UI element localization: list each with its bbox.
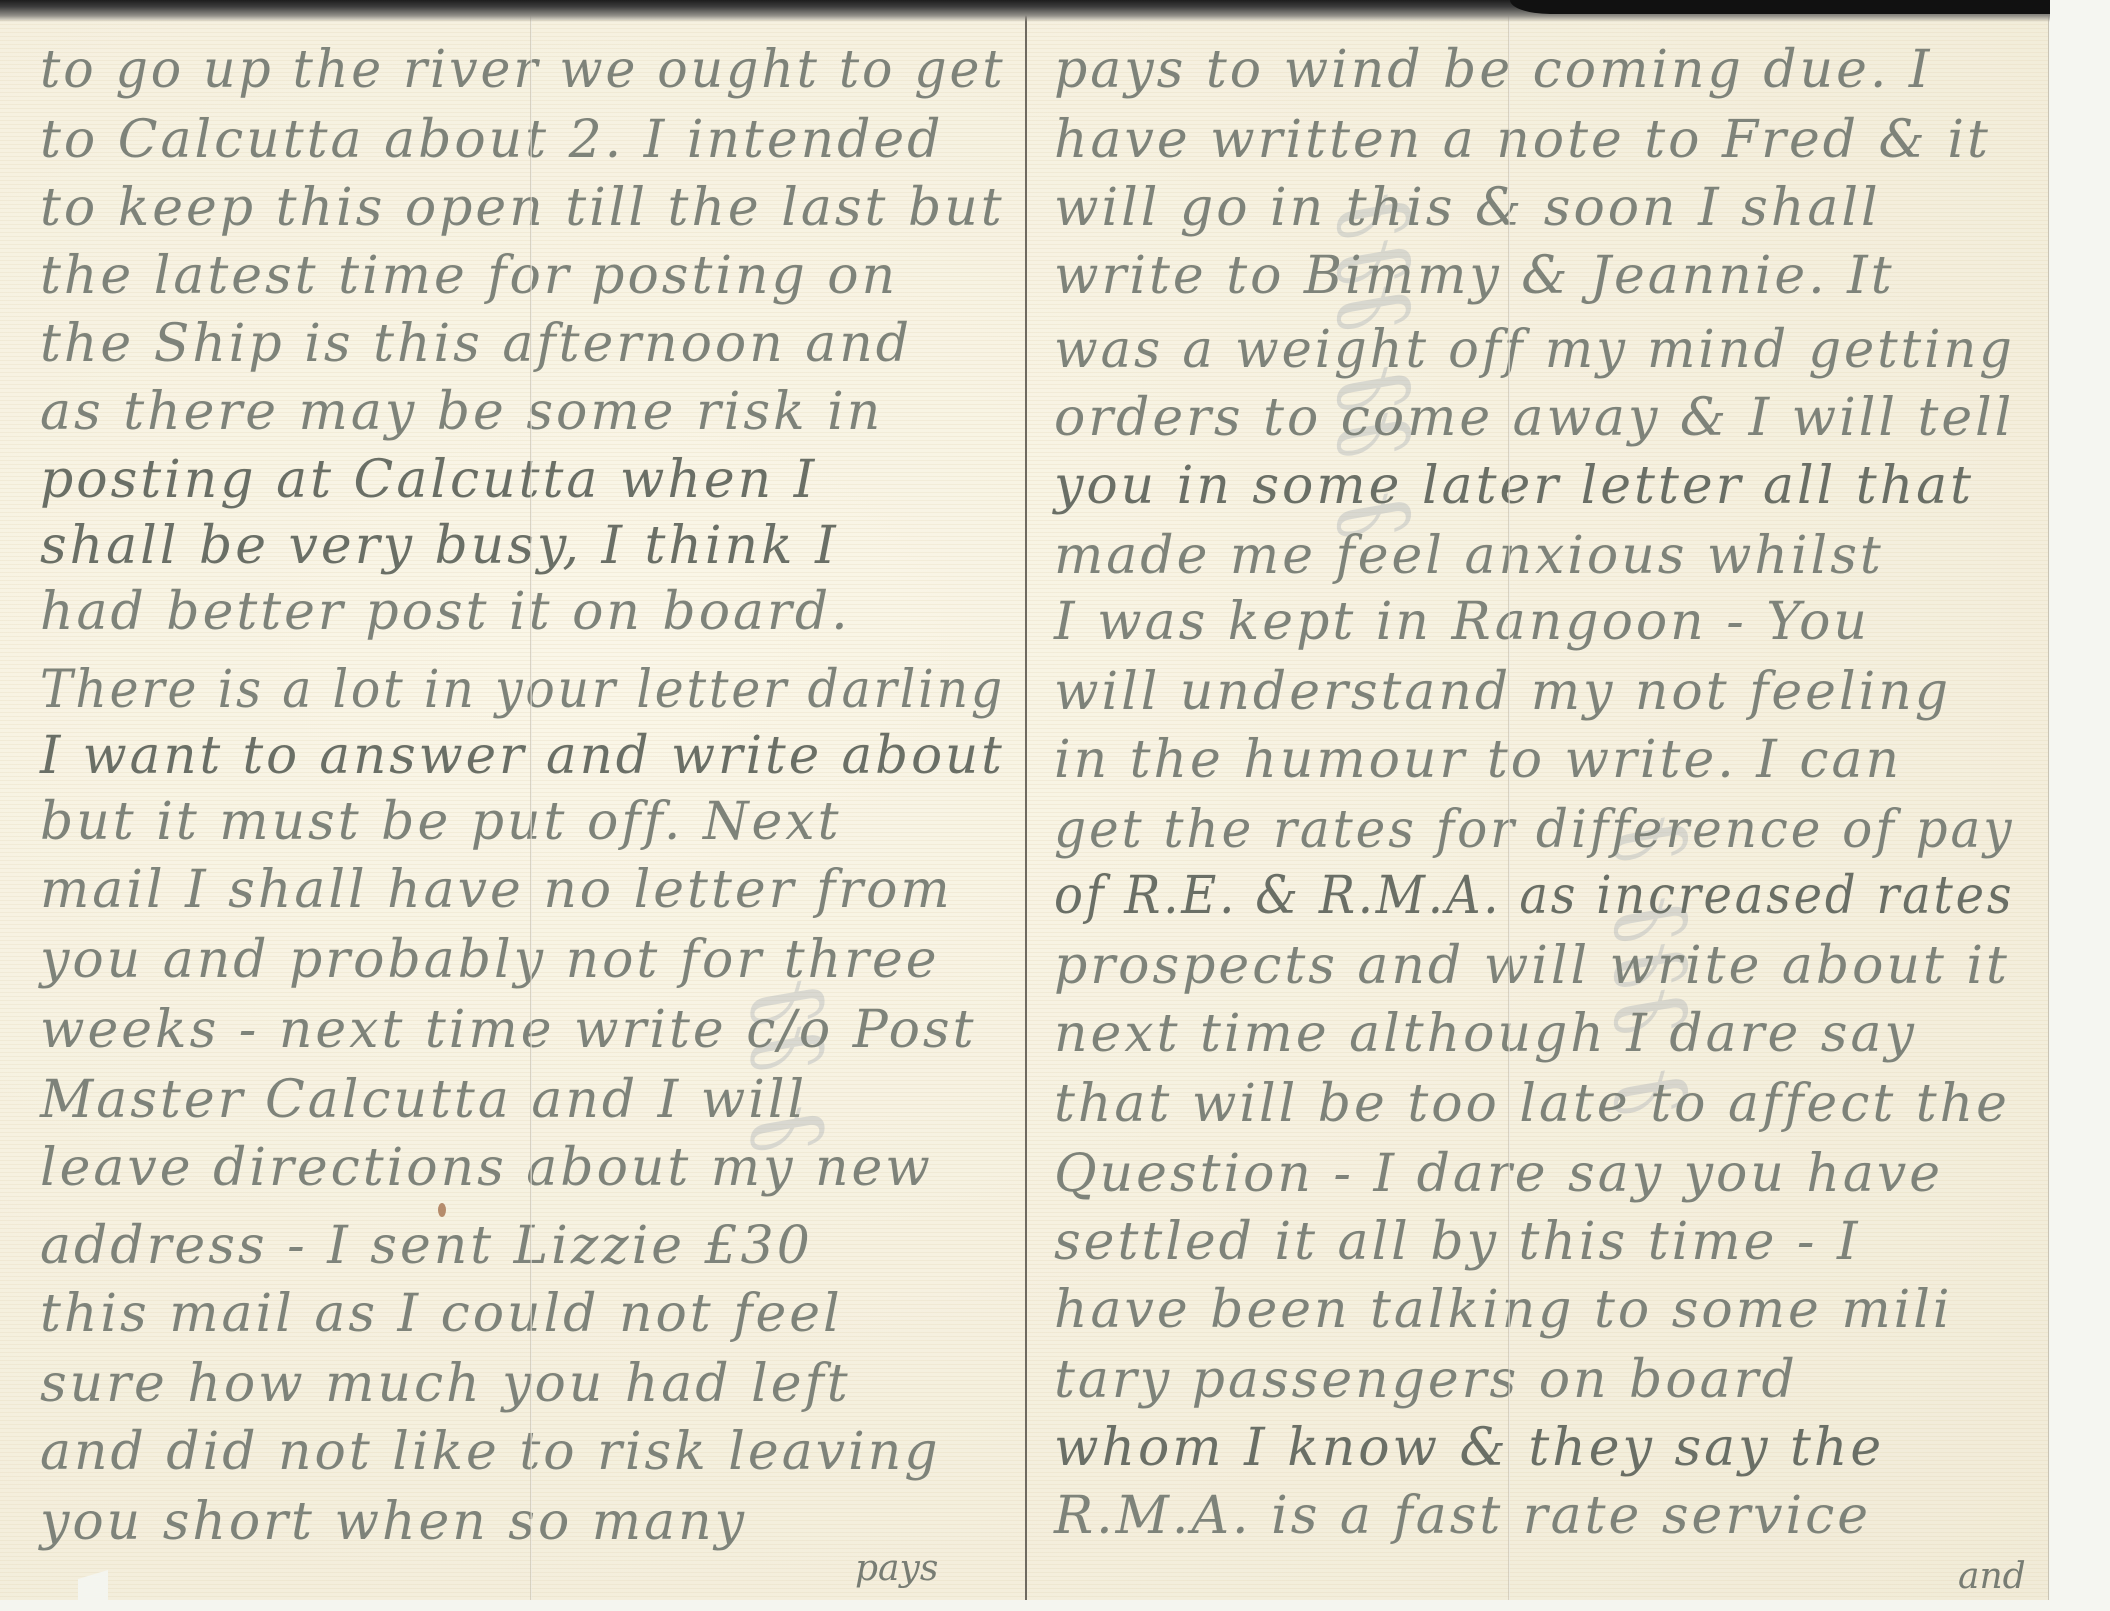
handwritten-line: this mail as I could not feel [40,1284,843,1344]
handwritten-line: prospects and will write about it [1054,936,2010,996]
left-page: to go up the river we ought to get to Ca… [0,8,1025,1600]
handwritten-line: the latest time for posting on [40,246,898,306]
handwritten-line: address - I sent Lizzie £30 [40,1216,813,1276]
handwritten-line: Master Calcutta and I will [40,1070,807,1130]
handwritten-line: R.M.A. is a fast rate service [1054,1486,1871,1546]
handwritten-line: and did not like to risk leaving [40,1422,940,1482]
handwritten-line: that will be too late to affect the [1054,1074,2010,1134]
handwritten-line: shall be very busy, I think I [40,516,839,576]
handwritten-line: posting at Calcutta when I [40,450,817,510]
handwritten-line: have been talking to some mili [1054,1280,1953,1340]
paper-fold-crease [530,8,532,1600]
scan-edge-shadow [1510,0,2050,14]
handwritten-line: tary passengers on board [1054,1350,1798,1410]
handwritten-line: Question - I dare say you have [1054,1144,1943,1204]
handwritten-line: I was kept in Rangoon - You [1054,592,1870,652]
handwritten-line: you short when so many [40,1492,747,1552]
handwritten-line: pays to wind be coming due. I [1054,40,1932,100]
catchword: and [1958,1556,2026,1597]
handwritten-line: whom I know & they say the [1054,1418,1884,1478]
handwritten-line: sure how much you had left [40,1354,851,1414]
handwritten-line: to go up the river we ought to get [40,40,1006,100]
paper-fold-crease [1508,8,1510,1600]
handwritten-line: leave directions about my new [40,1138,933,1198]
scanner-bed-margin [2050,0,2110,1611]
handwritten-line: to Calcutta about 2. I intended [40,110,943,170]
page-divider [1025,8,1027,1600]
handwritten-line: you in some later letter all that [1054,456,1974,516]
handwritten-line: have written a note to Fred & it [1054,110,1991,170]
handwritten-line: to keep this open till the last but [40,178,1005,238]
handwritten-line: but it must be put off. Next [40,792,841,852]
handwritten-line: will go in this & soon I shall [1054,178,1881,238]
handwritten-line: you and probably not for three [40,930,940,990]
handwritten-line: the Ship is this afternoon and [40,314,912,374]
handwritten-line: write to Bimmy & Jeannie. It [1054,246,1895,306]
handwritten-line: of R.E. & R.M.A. as increased rates [1054,866,2014,926]
handwritten-line: had better post it on board. [40,582,851,642]
handwritten-line: made me feel anxious whilst [1054,526,1884,586]
scanned-letter: ℓℓℓ ℓℓ ℓ ℓ ℓℓℓ ℓ ℓℓ ℓ to go up the river… [0,0,2110,1611]
handwritten-line: mail I shall have no letter from [40,860,953,920]
handwritten-line: was a weight off my mind getting [1054,320,2015,380]
handwritten-line: will understand my not feeling [1054,662,1951,722]
handwritten-line: There is a lot in your letter darling [40,660,1005,720]
handwritten-line: as there may be some risk in [40,382,883,442]
handwritten-line: weeks - next time write c/o Post [40,1000,976,1060]
handwritten-line: get the rates for difference of pay [1054,800,2014,860]
handwritten-line: orders to come away & I will tell [1054,388,2014,448]
right-page: pays to wind be coming due. I have writt… [1028,8,2048,1600]
handwritten-line: settled it all by this time - I [1054,1212,1861,1272]
handwritten-line: next time although I dare say [1054,1004,1917,1064]
scan-top-shadow [0,0,2050,22]
ink-stain [438,1203,446,1217]
handwritten-line: I want to answer and write about [40,726,1005,786]
catchword: pays [855,1548,938,1589]
handwritten-line: in the humour to write. I can [1054,730,1902,790]
